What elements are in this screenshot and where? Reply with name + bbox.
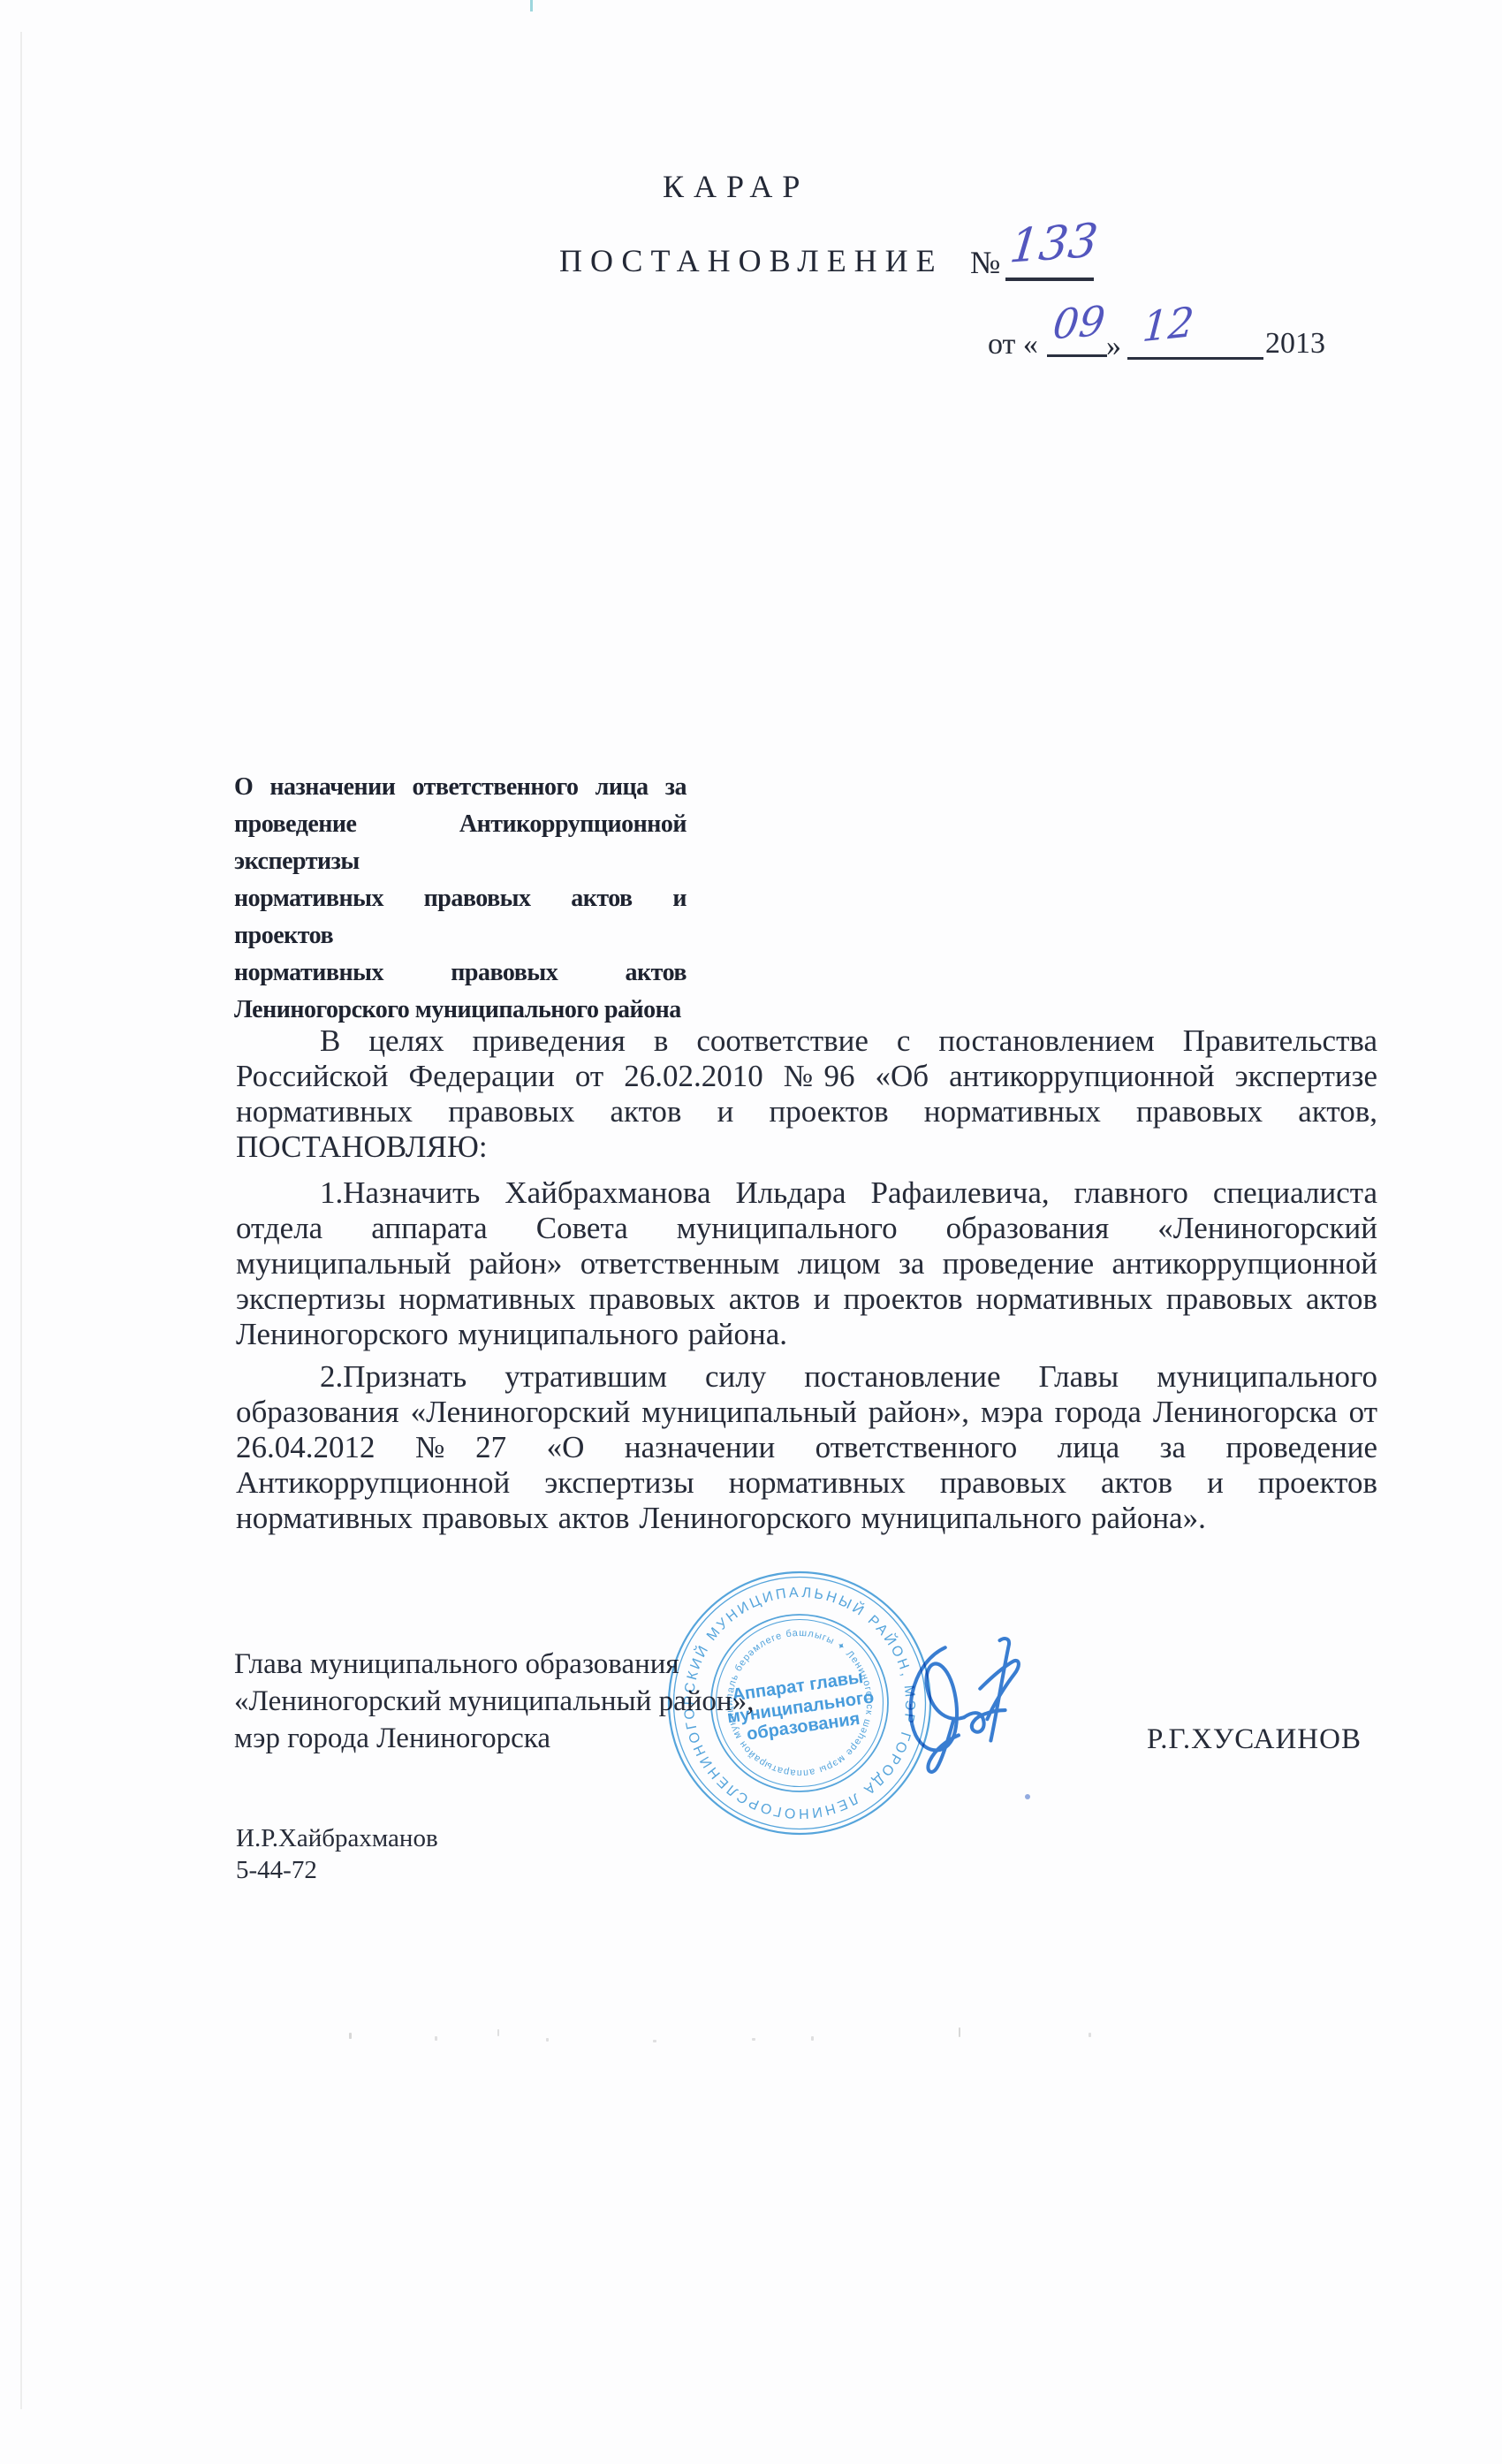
scan-speck: [546, 2038, 549, 2042]
paragraph-item-1: 1.Назначить Хайбрахманова Ильдара Рафаил…: [236, 1175, 1377, 1352]
subject-line: нормативных правовых актов и проектов: [234, 880, 687, 954]
executor-block: И.Р.Хайбрахманов 5-44-72: [236, 1822, 438, 1886]
scan-speck: [811, 2036, 814, 2041]
date-month-underline: [1127, 357, 1263, 360]
executor-name: И.Р.Хайбрахманов: [236, 1822, 438, 1854]
paragraph-intro: В целях приведения в соответствие с пост…: [236, 1023, 1377, 1165]
scan-speck: [752, 2038, 755, 2041]
signer-name: Р.Г.ХУСАИНОВ: [1147, 1723, 1362, 1756]
date-day-handwritten: 09: [1051, 300, 1107, 346]
document-number-handwritten: 133: [1007, 217, 1100, 270]
date-day-underline: [1047, 354, 1107, 357]
scan-speck: [349, 2033, 352, 2039]
scan-speck: [959, 2027, 960, 2037]
ink-dot: [1025, 1794, 1030, 1799]
document-number-sign: №: [970, 244, 1000, 281]
subject-paragraph: О назначении ответственного лица за пров…: [234, 769, 687, 1029]
subject-line: нормативных правовых актов: [234, 954, 687, 992]
date-year: 2013: [1265, 327, 1325, 361]
title-tatar: КАРАР: [663, 168, 809, 205]
title-russian: ПОСТАНОВЛЕНИЕ: [559, 242, 944, 279]
scanned-page: КАРАР ПОСТАНОВЛЕНИЕ № 133 от « 09 » 12 2…: [0, 0, 1502, 2464]
date-month-handwritten: 12: [1142, 301, 1195, 348]
executor-phone: 5-44-72: [236, 1854, 438, 1886]
scan-speck: [497, 2029, 499, 2036]
scan-artifact: [530, 0, 533, 11]
scan-artifact: [20, 32, 22, 2409]
scan-speck: [1089, 2033, 1091, 2037]
handwritten-signature: [891, 1635, 1032, 1778]
scan-speck: [435, 2036, 437, 2041]
date-prefix: от «: [988, 328, 1038, 361]
subject-line: проведение Антикоррупционной экспертизы: [234, 806, 687, 880]
subject-line: О назначении ответственного лица за: [234, 769, 687, 806]
date-close-quote: »: [1106, 330, 1121, 363]
scan-speck: [653, 2040, 656, 2042]
paragraph-item-2: 2.Признать утратившим силу постановление…: [236, 1359, 1377, 1536]
number-underline: [1005, 278, 1094, 281]
document-body: В целях приведения в соответствие с пост…: [236, 1023, 1377, 1536]
